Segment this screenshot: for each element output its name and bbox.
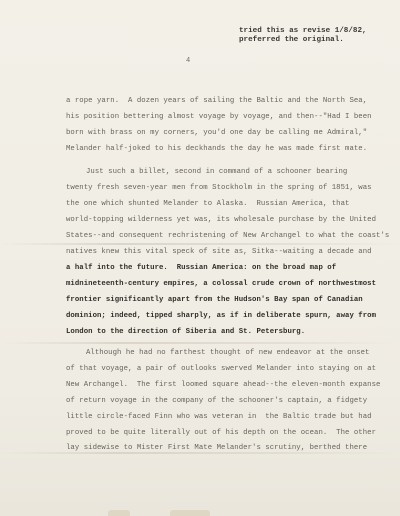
text-line: twenty fresh seven-year men from Stockho… [66, 184, 372, 192]
text-line: his position bettering almost voyage by … [66, 113, 372, 121]
text-line: a rope yarn. A dozen years of sailing th… [66, 97, 367, 105]
text-line: New Archangel. The first loomed square a… [66, 381, 380, 389]
text-line-revised: midnineteenth-century empires, a colossa… [66, 280, 376, 288]
text-line: States--and consequent rechristening of … [66, 232, 389, 240]
text-line-revised: a half into the future. Russian America:… [66, 264, 336, 272]
text-line: proved to be quite literally out of his … [66, 429, 376, 437]
text-line: natives knew this vital speck of site as… [66, 248, 372, 256]
paper-stain [108, 510, 130, 516]
text-line: little circle-faced Finn who was veteran… [66, 413, 372, 421]
typewritten-page: tried this as revise 1/8/82, preferred t… [0, 0, 400, 516]
text-line: of return voyage in the company of the s… [66, 397, 367, 405]
text-line: born with brass on my corners, you'd one… [66, 129, 367, 137]
margin-note: tried this as revise 1/8/82, preferred t… [239, 27, 367, 45]
paper-fold [0, 243, 400, 245]
text-line: the one which shunted Melander to Alaska… [66, 200, 349, 208]
margin-note-line: preferred the original. [239, 36, 344, 44]
text-line: lay sidewise to Mister First Mate Meland… [66, 444, 367, 452]
text-line-revised: dominion; indeed, tipped sharply, as if … [66, 312, 376, 320]
paper-fold [0, 342, 400, 344]
text-line-revised: frontier significantly apart from the Hu… [66, 296, 363, 304]
page-number: 4 [186, 57, 190, 65]
text-line: world-topping wilderness yet was, its wh… [66, 216, 376, 224]
text-line-revised: London to the direction of Siberia and S… [66, 328, 305, 336]
paper-fold [0, 452, 400, 454]
text-line: Although he had no farthest thought of n… [86, 349, 369, 357]
margin-note-line: tried this as revise 1/8/82, [239, 27, 367, 35]
paper-stain [170, 510, 210, 516]
text-line: Melander half-joked to his deckhands the… [66, 145, 367, 153]
text-line: of that voyage, a pair of outlooks swerv… [66, 365, 376, 373]
text-line: Just such a billet, second in command of… [86, 168, 347, 176]
